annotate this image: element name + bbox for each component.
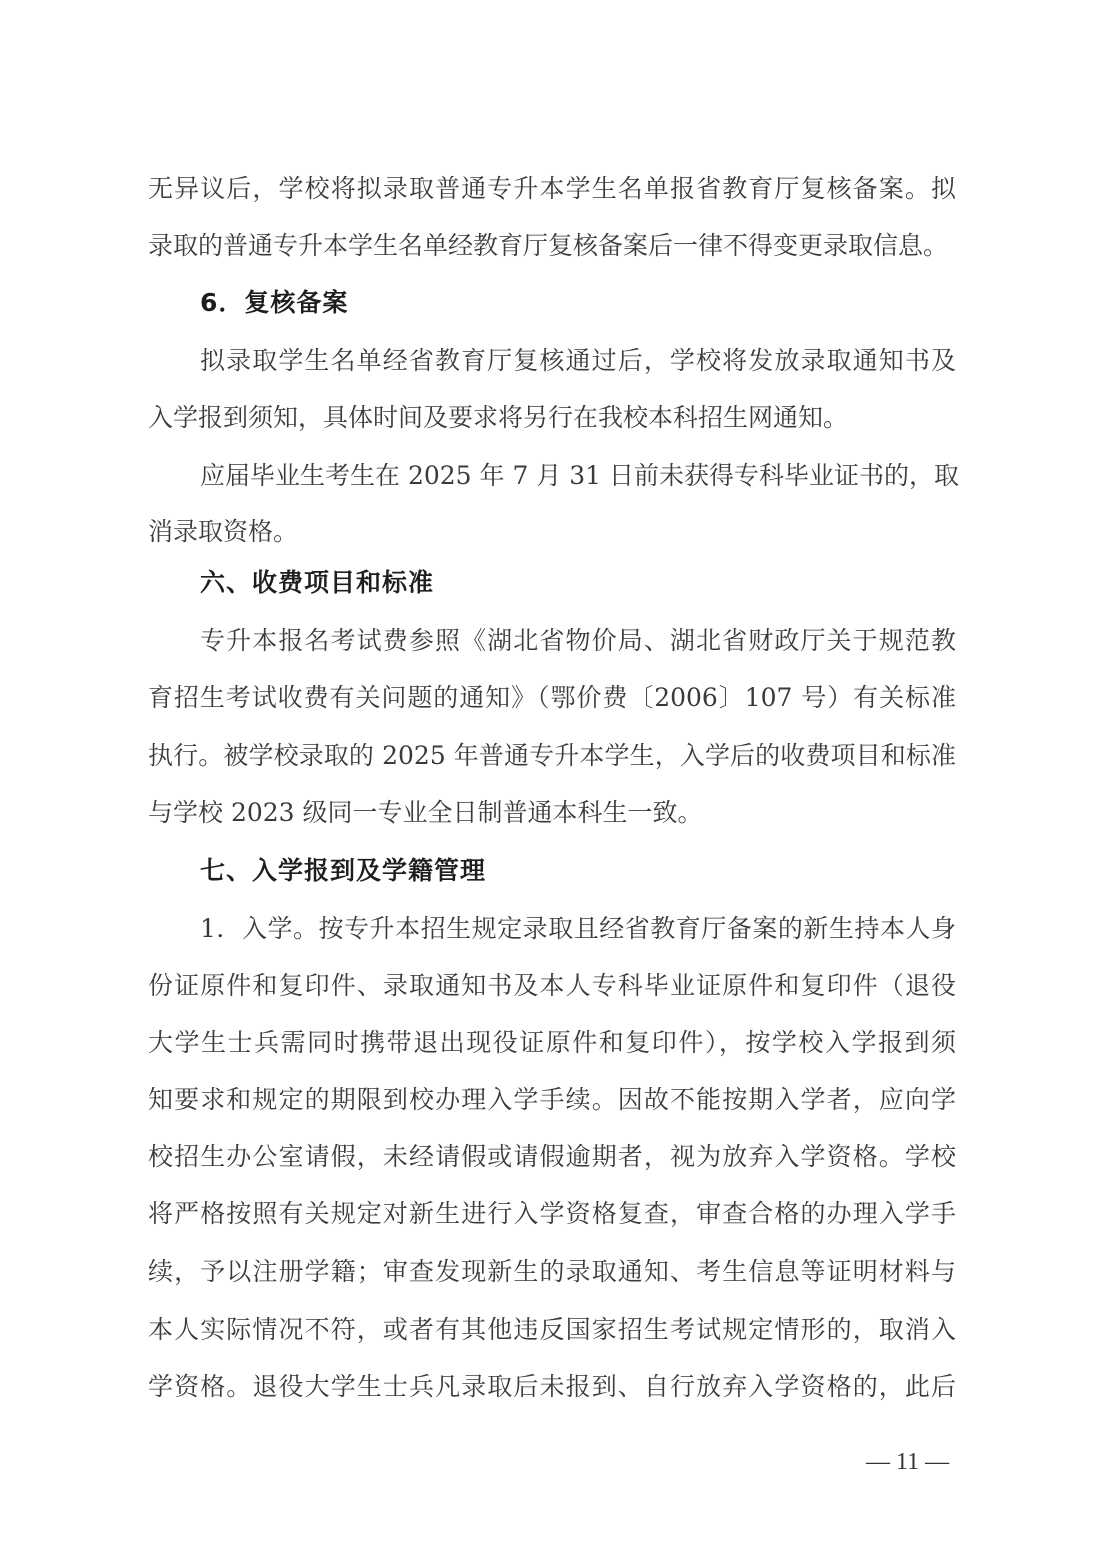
paragraph-line: 消录取资格。 <box>148 512 956 552</box>
subsection-heading-review-filing: 6．复核备案 <box>200 283 348 323</box>
paragraph-line: 拟录取学生名单经省教育厅复核通过后，学校将发放录取通知书及 <box>200 341 956 381</box>
paragraph-line: 份证原件和复印件、录取通知书及本人专科毕业证原件和复印件（退役 <box>148 966 956 1006</box>
paragraph-line: 专升本报名考试费参照《湖北省物价局、湖北省财政厅关于规范教 <box>200 621 956 661</box>
paragraph-line: 本人实际情况不符，或者有其他违反国家招生考试规定情形的，取消入 <box>148 1310 956 1350</box>
section-heading-enrollment: 七、入学报到及学籍管理 <box>200 851 486 891</box>
paragraph-line: 将严格按照有关规定对新生进行入学资格复查，审查合格的办理入学手 <box>148 1194 956 1234</box>
paragraph-line: 执行。被学校录取的 2025 年普通专升本学生，入学后的收费项目和标准 <box>148 736 956 776</box>
paragraph-line: 续，予以注册学籍；审查发现新生的录取通知、考生信息等证明材料与 <box>148 1252 956 1292</box>
document-page: 无异议后，学校将拟录取普通专升本学生名单报省教育厅复核备案。拟 录取的普通专升本… <box>0 0 1102 1559</box>
paragraph-line: 大学生士兵需同时携带退出现役证原件和复印件），按学校入学报到须 <box>148 1023 956 1063</box>
paragraph-line: 与学校 2023 级同一专业全日制普通本科生一致。 <box>148 793 956 833</box>
paragraph-line: 校招生办公室请假，未经请假或请假逾期者，视为放弃入学资格。学校 <box>148 1137 956 1177</box>
paragraph-line: 1．入学。按专升本招生规定录取且经省教育厅备案的新生持本人身 <box>200 909 956 949</box>
paragraph-line: 应届毕业生考生在 2025 年 7 月 31 日前未获得专科毕业证书的，取 <box>200 456 956 496</box>
paragraph-line: 录取的普通专升本学生名单经教育厅复核备案后一律不得变更录取信息。 <box>148 226 956 266</box>
paragraph-line: 无异议后，学校将拟录取普通专升本学生名单报省教育厅复核备案。拟 <box>148 169 956 209</box>
paragraph-line: 知要求和规定的期限到校办理入学手续。因故不能按期入学者，应向学 <box>148 1080 956 1120</box>
paragraph-line: 学资格。退役大学生士兵凡录取后未报到、自行放弃入学资格的，此后 <box>148 1367 956 1407</box>
paragraph-line: 育招生考试收费有关问题的通知》（鄂价费〔2006〕107 号）有关标准 <box>148 678 956 718</box>
page-number: — 11 — <box>866 1445 949 1479</box>
section-heading-fees: 六、收费项目和标准 <box>200 563 434 603</box>
paragraph-line: 入学报到须知，具体时间及要求将另行在我校本科招生网通知。 <box>148 398 956 438</box>
